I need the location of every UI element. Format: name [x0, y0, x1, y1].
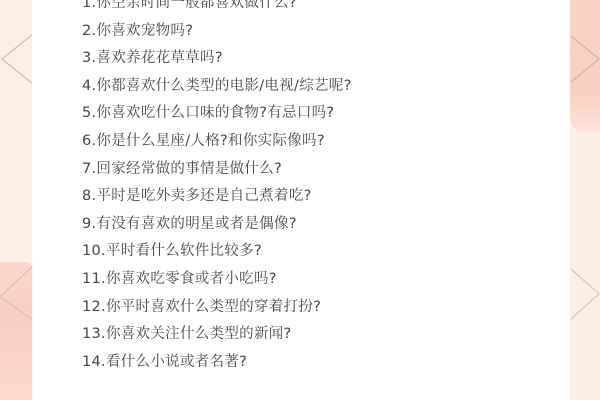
- chevron-left-icon: [0, 33, 32, 85]
- left-decor-panel: [0, 0, 32, 400]
- right-decor-panel: [570, 0, 600, 400]
- list-item: 6.你是什么星座/人格?和你实际像吗?: [82, 128, 352, 156]
- list-item: 5.你喜欢吃什么口味的食物?有忌口吗?: [82, 100, 352, 128]
- list-item: 11.你喜欢吃零食或者小吃吗?: [82, 266, 352, 294]
- list-item: 3.喜欢养花花草草吗?: [82, 45, 352, 73]
- chevron-right-icon: [570, 35, 600, 83]
- list-item: 14.看什么小说或者名著?: [82, 349, 352, 377]
- list-item: 12.你平时喜欢什么类型的穿着打扮?: [82, 294, 352, 322]
- chevron-left-icon: [0, 265, 32, 321]
- list-item: 9.有没有喜欢的明星或者是偶像?: [82, 211, 352, 239]
- list-item: 13.你喜欢关注什么类型的新闻?: [82, 321, 352, 349]
- question-list: 1.你空余时间一般都喜欢做什么? 2.你喜欢宠物吗? 3.喜欢养花花草草吗? 4…: [82, 0, 352, 376]
- chevron-right-icon: [570, 268, 600, 320]
- question-card: 1.你空余时间一般都喜欢做什么? 2.你喜欢宠物吗? 3.喜欢养花花草草吗? 4…: [32, 0, 570, 400]
- list-item: 8.平时是吃外卖多还是自己煮着吃?: [82, 183, 352, 211]
- list-item: 2.你喜欢宠物吗?: [82, 18, 352, 46]
- list-item: 1.你空余时间一般都喜欢做什么?: [82, 0, 352, 18]
- list-item: 7.回家经常做的事情是做什么?: [82, 156, 352, 184]
- list-item: 4.你都喜欢什么类型的电影/电视/综艺呢?: [82, 73, 352, 101]
- list-item: 10.平时看什么软件比较多?: [82, 238, 352, 266]
